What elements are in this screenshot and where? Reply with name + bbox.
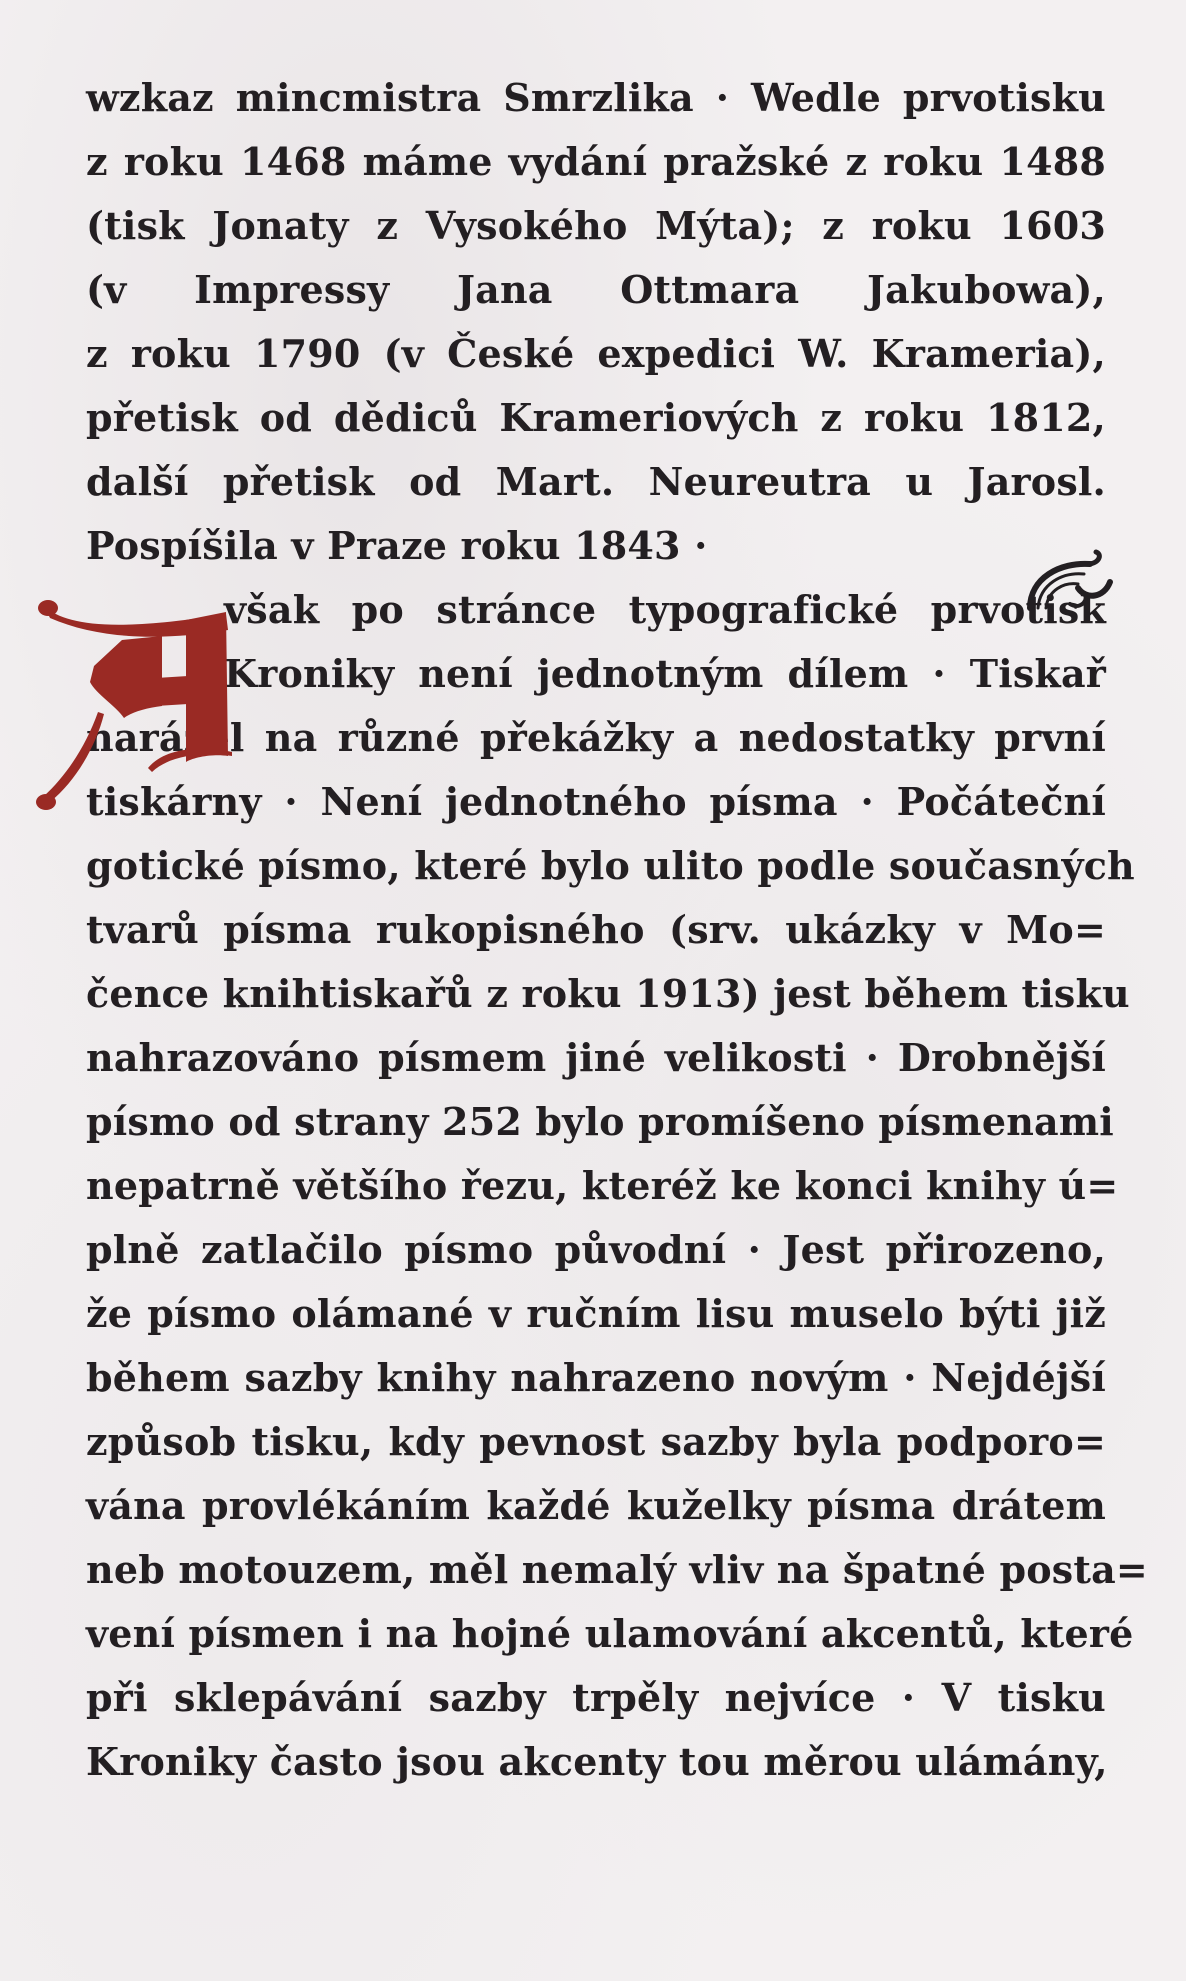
text-line-last: Pospíšila v Praze roku 1843 ·	[86, 514, 1106, 578]
text-line: (tisk Jonaty z Vysokého Mýta); z roku 16…	[86, 194, 1106, 258]
text-line: písmo od strany 252 bylo promíšeno písme…	[86, 1090, 1106, 1154]
text-line: narážel na různé překážky a nedostatky p…	[86, 706, 1106, 770]
drop-cap-a-icon	[36, 596, 236, 826]
text-line: nepatrně většího řezu, kteréž ke konci k…	[86, 1154, 1106, 1218]
text-line: tiskárny · Není jednotného písma · Počát…	[86, 770, 1106, 834]
text-line: přetisk od dědiců Krameriových z roku 18…	[86, 386, 1106, 450]
text-line: neb motouzem, měl nemalý vliv na špatné …	[86, 1538, 1106, 1602]
text-line: (v Impressy Jana Ottmara Jakubowa),	[86, 258, 1106, 322]
text-line: z roku 1790 (v České expedici W. Krameri…	[86, 322, 1106, 386]
text-line: další přetisk od Mart. Neureutra u Jaros…	[86, 450, 1106, 514]
text-line: Kroniky často jsou akcenty tou měrou ulá…	[86, 1730, 1106, 1794]
text-line: vení písmen i na hojné ulamování akcentů…	[86, 1602, 1106, 1666]
text-line: z roku 1468 máme vydání pražské z roku 1…	[86, 130, 1106, 194]
text-line: při sklepávání sazby trpěly nejvíce · V …	[86, 1666, 1106, 1730]
text-line: plně zatlačilo písmo původní · Jest přir…	[86, 1218, 1106, 1282]
text-line: vána provlékáním každé kuželky písma drá…	[86, 1474, 1106, 1538]
text-line: však po stránce typografické prvotisk	[224, 578, 1106, 642]
text-line: gotické písmo, které bylo ulito podle so…	[86, 834, 1106, 898]
text-line: Kroniky není jednotným dílem · Tiskař	[224, 642, 1106, 706]
text-line: způsob tisku, kdy pevnost sazby byla pod…	[86, 1410, 1106, 1474]
text-line: že písmo olámané v ručním lisu muselo bý…	[86, 1282, 1106, 1346]
flourish-ornament-icon	[1020, 548, 1116, 614]
text-line: wzkaz mincmistra Smrzlika · Wedle prvoti…	[86, 66, 1106, 130]
text-line: čence knihtiskařů z roku 1913) jest běhe…	[86, 962, 1106, 1026]
text-line: během sazby knihy nahrazeno novým · Nejd…	[86, 1346, 1106, 1410]
text-line: nahrazováno písmem jiné velikosti · Drob…	[86, 1026, 1106, 1090]
book-page: wzkaz mincmistra Smrzlika · Wedle prvoti…	[0, 0, 1186, 1981]
text-line: tvarů písma rukopisného (srv. ukázky v M…	[86, 898, 1106, 962]
